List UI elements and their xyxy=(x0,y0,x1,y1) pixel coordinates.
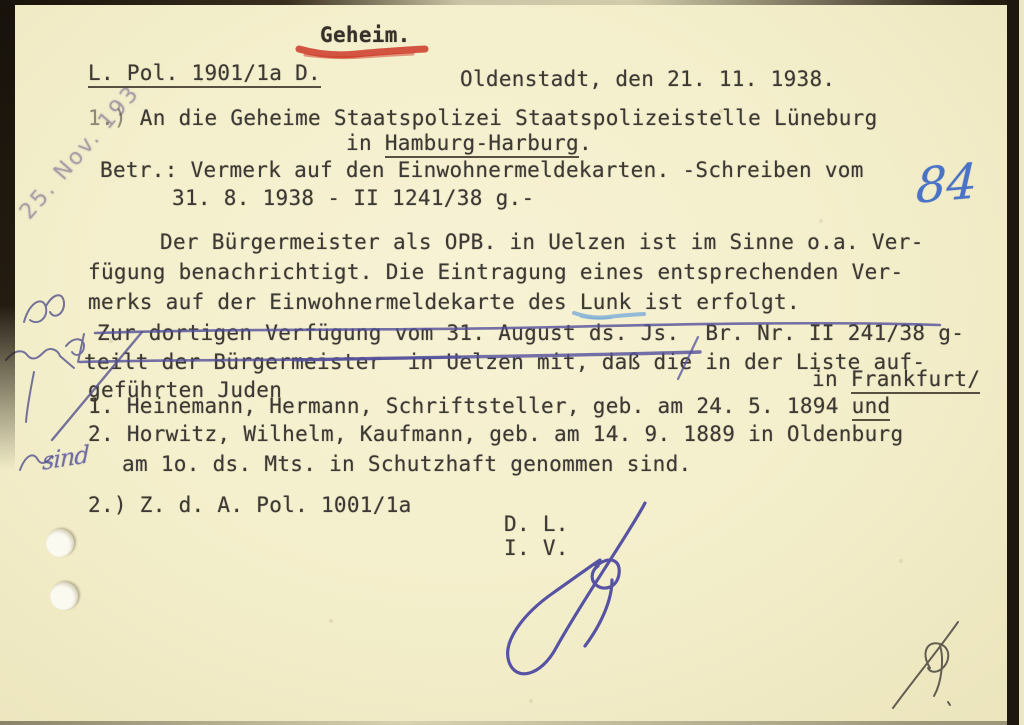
scan-edge-right-paper xyxy=(1019,0,1024,725)
recipient-line2: in Hamburg-Harburg. xyxy=(346,130,592,156)
subject-line1-text: Vermerk auf den Einwohnermeldekarten. -S… xyxy=(178,158,864,182)
scanned-document: 25. Nov. 193 Geheim. L. Pol. 1901/1a D. … xyxy=(0,0,1024,725)
struck-line1: Zur dortigen Verfügung vom 31. August ds… xyxy=(97,320,964,346)
disposition-line: 2.) Z. d. A. Pol. 1001/1a xyxy=(88,492,412,518)
recipient-line2-prefix: in xyxy=(346,131,385,155)
punch-hole-bottom xyxy=(50,582,78,610)
recipient-line1: 1.) An die Geheime Staatspolizei Staatsp… xyxy=(88,105,878,131)
date-stamp: 25. Nov. 193 xyxy=(5,69,155,236)
para1-line2: fügung benachrichtigt. Die Eintragung ei… xyxy=(88,259,903,285)
recipient-line1-text: An die Geheime Staatspolizei Staatspoliz… xyxy=(127,106,878,130)
dateline: Oldenstadt, den 21. 11. 1938. xyxy=(460,66,835,92)
struck-line2: teilt der Bürgermeister in Uelzen mit, d… xyxy=(84,349,925,375)
list-item-1-text: 1. Heinemann, Hermann, Schriftsteller, g… xyxy=(88,394,852,418)
highlighted-name-lunk: Lunk xyxy=(580,290,632,314)
closing-line: am 1o. ds. Mts. in Schutzhaft genommen s… xyxy=(122,451,692,477)
paper-speckles xyxy=(200,80,202,82)
signoff-line2: I. V. xyxy=(504,535,569,561)
insertion-place: Frankfurt/ xyxy=(851,367,980,394)
para1-line3-pre: merks auf der Einwohnermeldekarte des xyxy=(88,290,580,314)
para1-line1: Der Bürgermeister als OPB. in Uelzen ist… xyxy=(160,229,924,255)
insertion-frankfurt: in Frankfurt/ xyxy=(812,366,980,392)
signoff-line1: D. L. xyxy=(504,511,569,537)
list-item-1-und: und xyxy=(852,394,891,421)
handwritten-sind: sind xyxy=(42,440,89,476)
scan-edge-right xyxy=(1007,0,1019,725)
file-reference-text: L. Pol. 1901/1a D. xyxy=(88,61,321,88)
red-underline-mark xyxy=(299,49,425,58)
recipient-place: Hamburg-Harburg xyxy=(385,131,579,158)
classification-geheim: Geheim. xyxy=(320,22,411,48)
paraph-mark xyxy=(893,622,958,708)
scan-edge-top xyxy=(0,0,1024,5)
recipient-line2-suffix: . xyxy=(579,131,592,155)
scan-edge-bottom xyxy=(0,721,1010,725)
list-item-2: 2. Horwitz, Wilhelm, Kaufmann, geb. am 1… xyxy=(88,421,903,447)
subject-label: Betr.: xyxy=(100,158,178,182)
list-item-1: 1. Heinemann, Hermann, Schriftsteller, g… xyxy=(88,393,890,419)
subject-line1: Betr.: Vermerk auf den Einwohnermeldekar… xyxy=(100,157,864,183)
para1-line3: merks auf der Einwohnermeldekarte des Lu… xyxy=(88,289,800,315)
handwritten-page-number: 84 xyxy=(915,153,978,215)
file-reference: L. Pol. 1901/1a D. xyxy=(88,60,321,86)
subject-line2: 31. 8. 1938 - II 1241/38 g.- xyxy=(172,185,534,211)
punch-hole-top xyxy=(46,529,74,557)
scan-edge-left xyxy=(0,0,15,470)
insertion-pre: in xyxy=(812,367,851,391)
recipient-marker: 1.) xyxy=(88,106,127,130)
para1-line3-post: ist erfolgt. xyxy=(632,290,800,314)
